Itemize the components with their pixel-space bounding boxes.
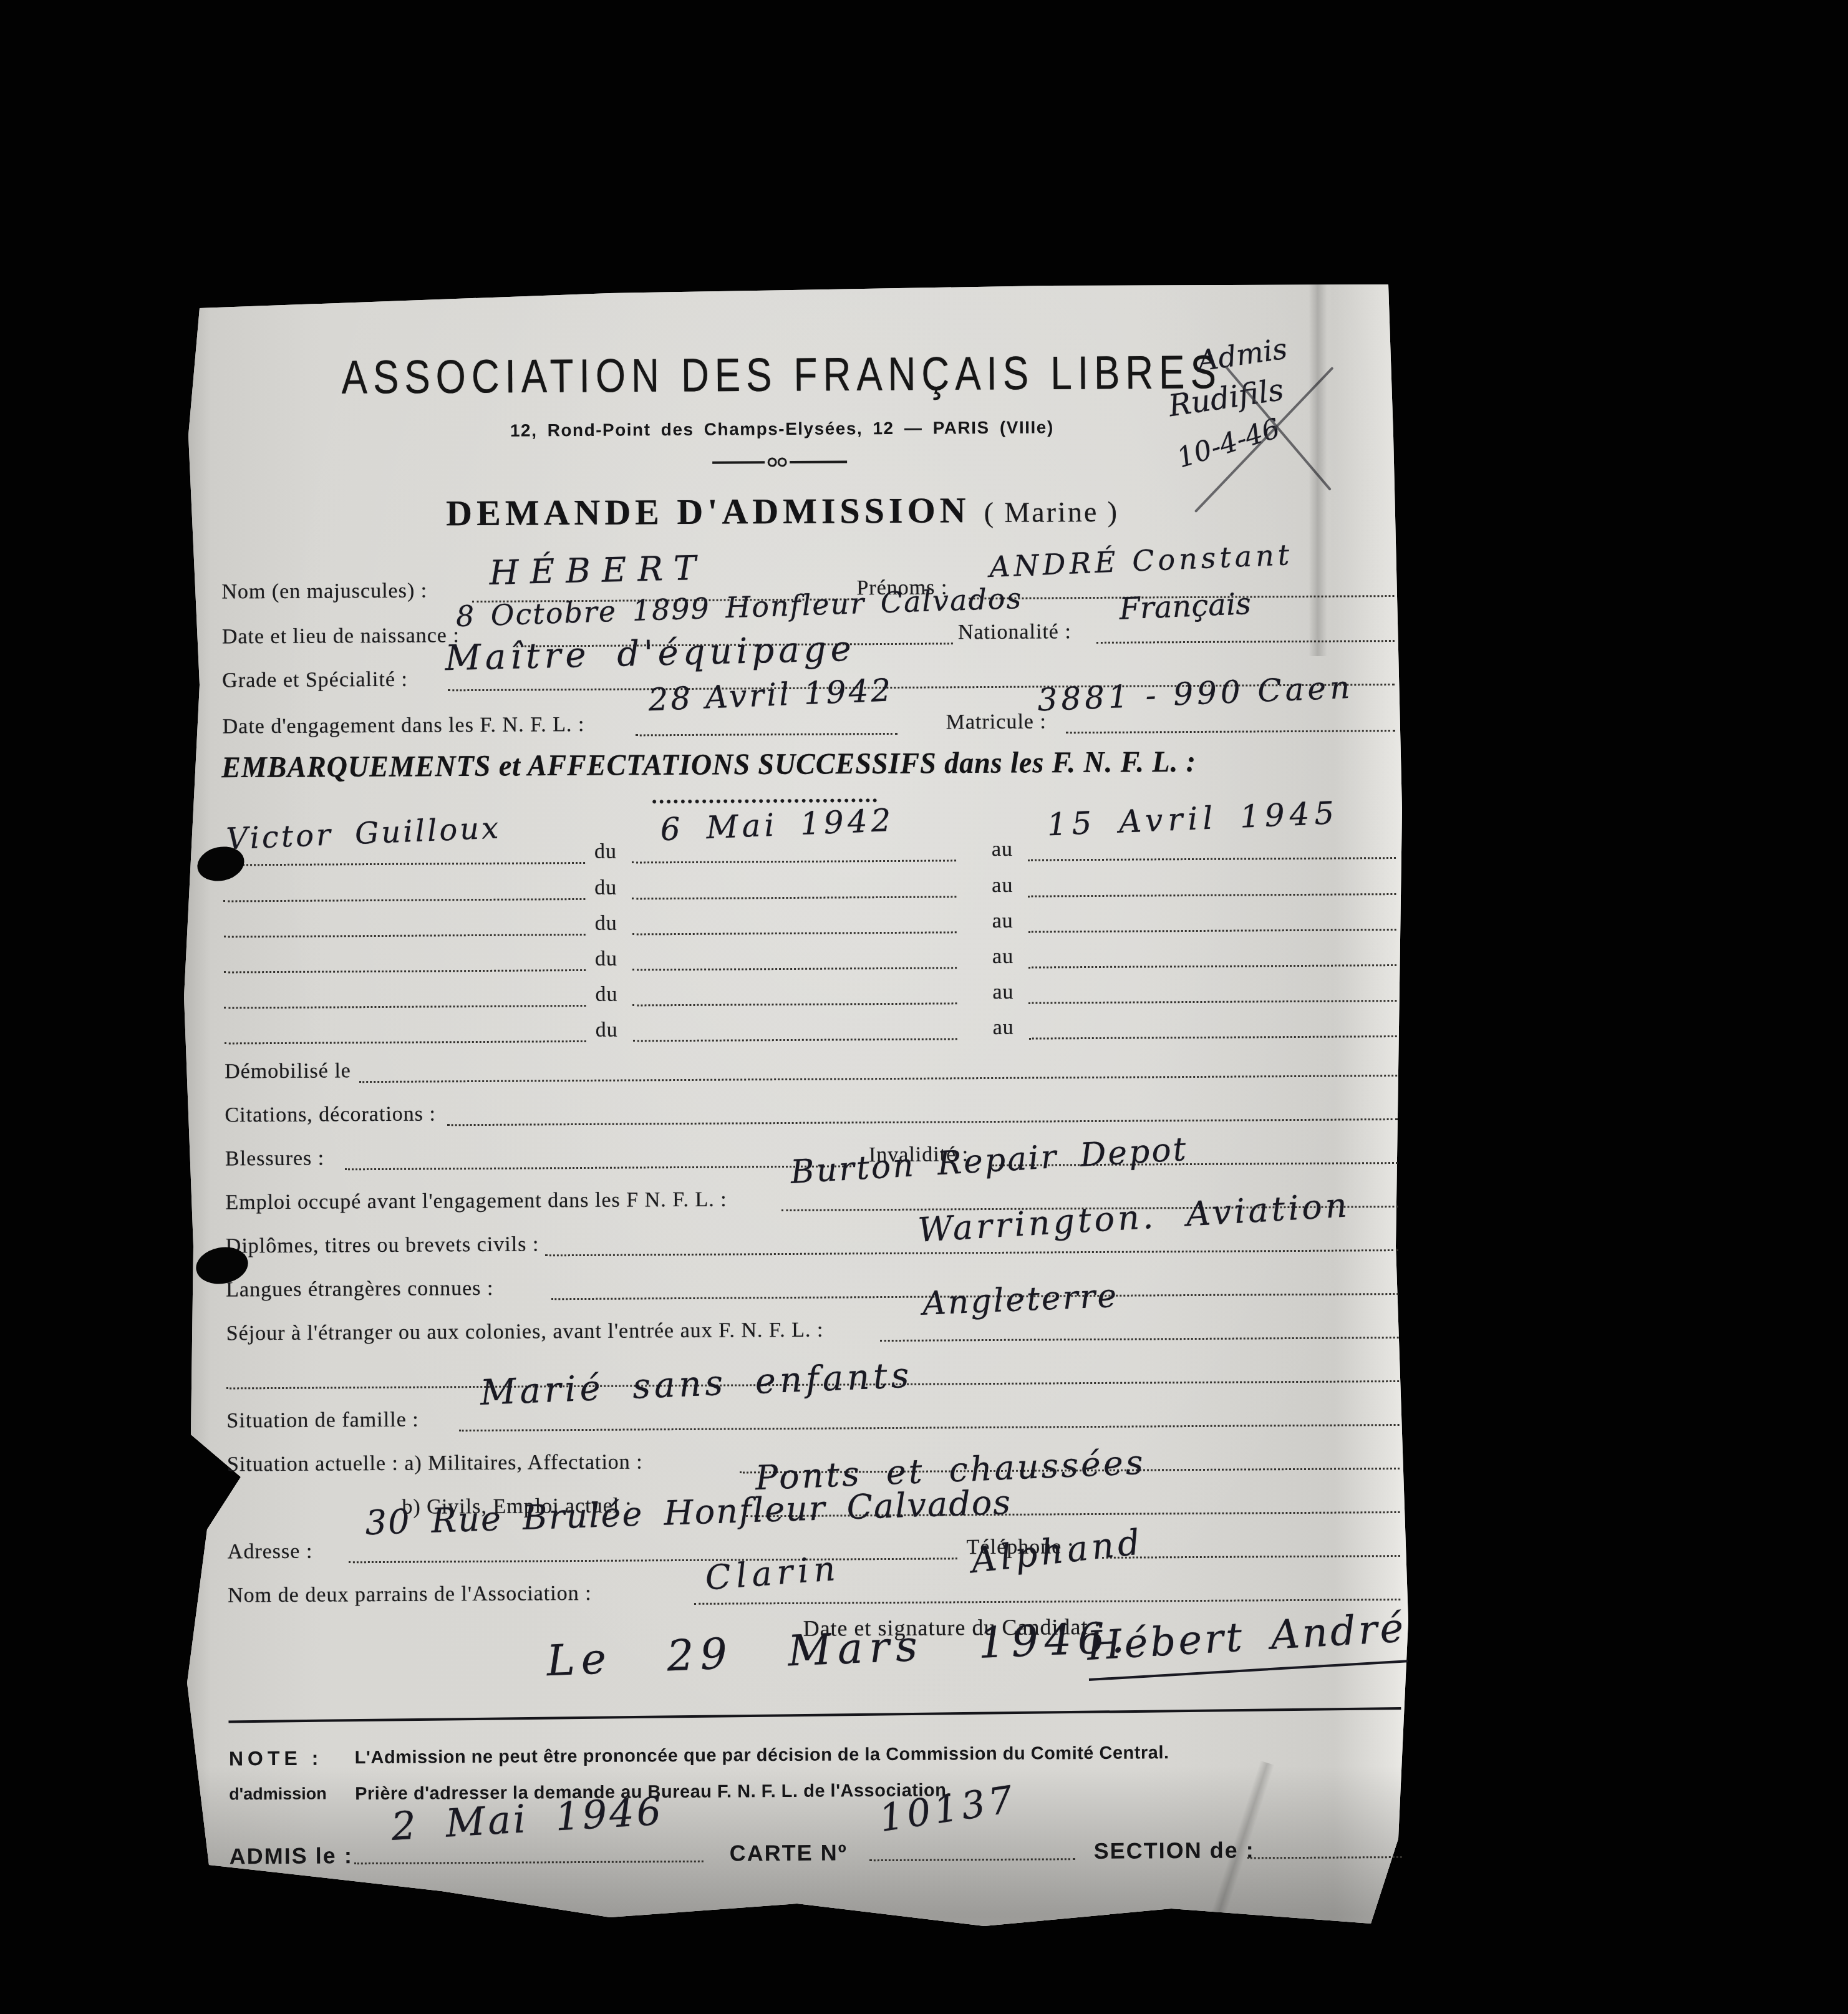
ship-line — [224, 1000, 586, 1009]
field-label-nationalite: Nationalité : — [958, 620, 1072, 644]
du-label: du — [595, 912, 617, 936]
au-label: au — [992, 909, 1013, 933]
field-label-nom: Nom (en majuscules) : — [221, 579, 427, 604]
dotted-line-carte — [869, 1853, 1075, 1861]
field-label-engagement: Date d'engagement dans les F. N. F. L. : — [223, 713, 585, 739]
au-label: au — [992, 980, 1013, 1004]
form-title: DEMANDE D'ADMISSION — [446, 490, 970, 533]
au-label: au — [992, 874, 1013, 898]
field-label-grade: Grade et Spécialité : — [222, 668, 408, 693]
handwritten-prenoms: ANDRÉ Constant — [989, 538, 1294, 584]
du-label: du — [595, 947, 617, 971]
field-label-langues: Langues étrangères connues : — [226, 1277, 493, 1302]
au-line — [1028, 995, 1396, 1004]
admission-note-line1: Admis — [1195, 331, 1289, 377]
du-label: du — [594, 876, 617, 900]
admission-note-handwritten: Admis Rudifils 10-4-46 — [1159, 317, 1409, 535]
ship-line — [223, 857, 585, 866]
field-label-diplomes: Diplômes, titres ou brevets civils : — [226, 1232, 539, 1258]
au-line — [1028, 924, 1396, 933]
handwritten-emploi-avant-2: Warrington. Aviation — [917, 1185, 1351, 1249]
handwritten-matricule: 3881 - 990 Caen — [1037, 669, 1354, 719]
divider-ornament — [711, 455, 848, 469]
au-line — [1029, 1030, 1397, 1040]
du-line — [632, 854, 956, 863]
field-label-admis: ADMIS le : — [230, 1842, 353, 1869]
du-line — [632, 926, 957, 935]
field-label-adresse: Adresse : — [228, 1540, 313, 1564]
du-line — [632, 997, 957, 1006]
handwritten-nationalite: Français — [1118, 586, 1251, 627]
dotted-line-matricule — [1066, 725, 1395, 733]
au-line — [1028, 959, 1396, 969]
du-label: du — [596, 1019, 618, 1042]
dotted-line-admis — [354, 1856, 704, 1864]
dotted-line-parrains — [694, 1594, 1400, 1605]
note-body-line1: L'Admission ne peut être prononcée que p… — [355, 1743, 1169, 1768]
du-line — [633, 1033, 957, 1042]
du-label: du — [595, 983, 617, 1007]
fold-crease — [1309, 282, 1327, 656]
field-label-sejour: Séjour à l'étranger ou aux colonies, ava… — [226, 1319, 824, 1346]
dotted-line-nationalite — [1096, 635, 1395, 644]
handwritten-grade: Maître d'équipage — [445, 629, 856, 679]
document-content: ASSOCIATION DES FRANÇAIS LIBRES 12, Rond… — [0, 0, 1848, 2014]
handwritten-engagement: 28 Avril 1942 — [647, 672, 894, 718]
handwritten-signature-name: Hébert André — [1086, 1605, 1408, 1681]
dotted-line-section — [1247, 1851, 1402, 1859]
dotted-line-citations — [447, 1113, 1398, 1126]
field-label-citations: Citations, décorations : — [225, 1102, 436, 1127]
du-line — [632, 962, 957, 971]
dotted-line-demobilise — [359, 1070, 1397, 1083]
handwritten-parrain-2: Alphand — [969, 1522, 1146, 1581]
field-label-famille: Situation de famille : — [226, 1408, 418, 1433]
au-label: au — [992, 838, 1013, 861]
field-label-actuelle-a: Situation actuelle : a) Militaires, Affe… — [227, 1450, 643, 1476]
handwritten-adresse: 30 Rue Brulée Honfleur Calvados — [365, 1483, 1012, 1542]
dotted-line-blessures — [345, 1160, 855, 1170]
handwritten-sejour: Angleterre — [922, 1277, 1119, 1323]
au-label: au — [992, 945, 1013, 969]
du-line — [632, 891, 956, 899]
handwritten-emploi-avant: Burton Repair Depot — [790, 1131, 1189, 1191]
field-label-carte: CARTE Nº — [730, 1839, 848, 1866]
field-label-blessures: Blessures : — [225, 1147, 325, 1171]
handwritten-famille: Marié sans enfants — [480, 1355, 914, 1413]
field-label-matricule: Matricule : — [946, 710, 1047, 734]
dotted-line-engagement — [636, 728, 897, 737]
embarquements-heading: EMBARQUEMENTS et AFFECTATIONS SUCCESSIFS… — [221, 744, 1196, 785]
au-line — [1028, 888, 1396, 898]
admission-note-line3: 10-4-46 — [1173, 412, 1284, 474]
dotted-line-adresse — [349, 1552, 957, 1563]
handwritten-au: 15 Avril 1945 — [1047, 795, 1340, 843]
scan-background: ASSOCIATION DES FRANÇAIS LIBRES 12, Rond… — [0, 0, 1848, 2014]
ship-line — [223, 893, 585, 903]
ship-line — [224, 964, 586, 974]
note-label-line2: d'admission — [229, 1784, 327, 1804]
field-label-demobilise: Démobilisé le — [225, 1059, 351, 1083]
ship-line — [224, 929, 586, 938]
dotted-line-famille — [459, 1419, 1400, 1431]
au-label: au — [993, 1016, 1014, 1040]
dotted-line-sejour — [880, 1332, 1399, 1342]
field-label-emploi-avant: Emploi occupé avant l'engagement dans le… — [225, 1188, 727, 1215]
note-label-line1: NOTE : — [229, 1747, 323, 1771]
form-title-suffix: ( Marine ) — [984, 496, 1119, 528]
handwritten-nom: HÉBERT — [489, 548, 708, 593]
field-label-parrains: Nom de deux parrains de l'Association : — [228, 1582, 592, 1608]
au-line — [1028, 852, 1396, 861]
horizontal-rule — [228, 1707, 1401, 1723]
field-label-naissance: Date et lieu de naissance : — [222, 624, 460, 649]
du-label: du — [594, 840, 617, 864]
ship-line — [225, 1035, 586, 1045]
dotted-line-telephone — [1102, 1550, 1400, 1559]
handwritten-ship: Victor Guilloux — [226, 810, 502, 856]
